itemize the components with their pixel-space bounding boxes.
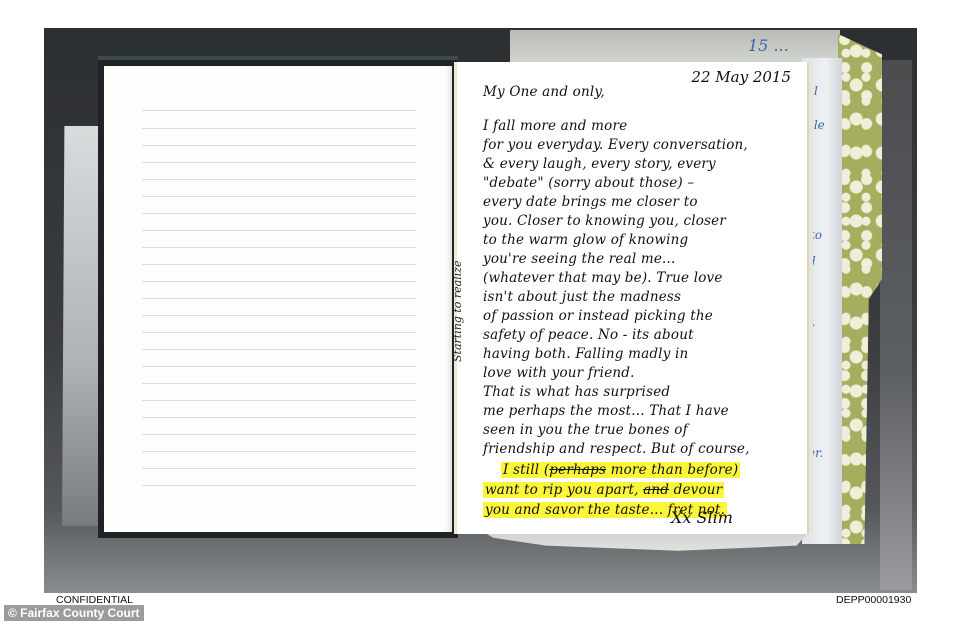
ruled-line <box>142 110 416 111</box>
envelope: l ile to d r er. <box>802 58 842 544</box>
ruled-line <box>142 315 416 316</box>
letter-line: every date brings me closer to <box>483 194 698 210</box>
ruled-line <box>142 332 416 333</box>
letter-line: you. Closer to knowing you, closer <box>483 213 726 229</box>
ruled-line <box>142 400 416 401</box>
paper-slip-left <box>62 126 102 526</box>
letter-line: That is what has surprised <box>483 384 670 400</box>
ruled-line <box>142 298 416 299</box>
letter-line: seen in you the true bones of <box>483 422 688 438</box>
letter-line: you're seeing the real me... <box>483 251 676 267</box>
struck-text: perhaps <box>549 462 606 478</box>
highlight-text: devour <box>669 482 722 498</box>
ruled-line <box>142 417 416 418</box>
letter-line: (whatever that may be). True love <box>483 270 723 286</box>
envelope-note: l <box>814 84 818 98</box>
highlight-text: I still ( <box>503 462 549 478</box>
ruled-line <box>142 196 416 197</box>
ruled-line <box>142 247 416 248</box>
ruled-line <box>142 128 416 129</box>
ruled-line <box>142 179 416 180</box>
letter-line: me perhaps the most... That I have <box>483 403 729 419</box>
envelope-note: ile <box>810 118 825 132</box>
ruled-line <box>142 230 416 231</box>
signature: Xx Slim <box>671 508 733 527</box>
highlighted-line: want to rip you apart, and devour <box>483 482 724 498</box>
photo-credit: © Fairfax County Court <box>4 605 144 621</box>
ruled-line <box>142 349 416 350</box>
letter-line: My One and only, <box>483 84 605 100</box>
notebook-left-page <box>104 66 452 532</box>
letter-line: I fall more and more <box>483 118 627 134</box>
envelope-note: r <box>808 320 814 334</box>
ruled-line <box>142 281 416 282</box>
letter-line: to the warm glow of knowing <box>483 232 688 248</box>
highlighted-line: I still (perhaps more than before) <box>501 462 740 478</box>
ruled-line <box>142 451 416 452</box>
ruled-line <box>142 383 416 384</box>
ruled-line <box>142 485 416 486</box>
highlight-text: more than before) <box>606 462 738 478</box>
margin-note: Starting to realize <box>451 260 464 362</box>
ruled-line <box>142 264 416 265</box>
back-paper-note: 15 ... <box>748 36 789 55</box>
letter-line: & every laugh, every story, every <box>483 156 716 172</box>
bates-number: DEPP00001930 <box>836 594 911 606</box>
ruled-line <box>142 145 416 146</box>
letter-date: 22 May 2015 <box>691 68 791 86</box>
letter-line: safety of peace. No - its about <box>483 327 694 343</box>
highlight-text: want to rip you apart, <box>485 482 643 498</box>
letter-line: having both. Falling madly in <box>483 346 688 362</box>
letter-line: friendship and respect. But of course, <box>483 441 750 457</box>
struck-text: and <box>643 482 669 498</box>
ruled-line <box>142 434 416 435</box>
ruled-line <box>142 213 416 214</box>
scan-right-panel <box>880 60 912 590</box>
letter-line: love with your friend. <box>483 365 635 381</box>
letter-line: for you everyday. Every conversation, <box>483 137 748 153</box>
notebook-right-page: 22 May 2015 Starting to realize My One a… <box>454 62 807 534</box>
letter-line: isn't about just the madness <box>483 289 681 305</box>
ruled-line <box>142 162 416 163</box>
ruled-line <box>142 366 416 367</box>
envelope-note: d <box>808 254 816 268</box>
letter-line: of passion or instead picking the <box>483 308 713 324</box>
envelope-note: to <box>810 228 822 242</box>
ruled-line <box>142 468 416 469</box>
envelope-note: er. <box>808 446 823 460</box>
letter-line: "debate" (sorry about those) – <box>483 175 694 191</box>
